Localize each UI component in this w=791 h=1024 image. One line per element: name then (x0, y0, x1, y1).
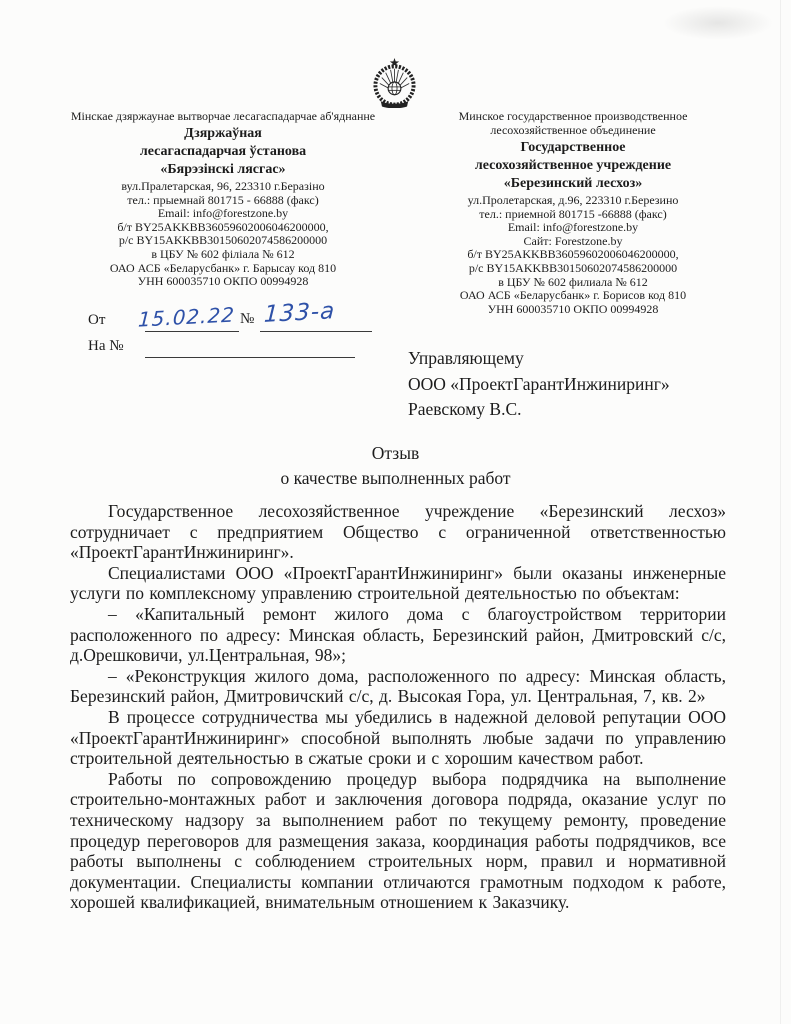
org-detail-line: Email: info@forestzone.by (64, 207, 382, 221)
scanned-letter-page: Мінскае дзяржаунае вытворчае лесагаспада… (0, 0, 791, 1024)
org-detail-line: тел.: прыемнай 801715 - 66888 (факс) (64, 194, 382, 208)
org-detail-line: УНН 600035710 ОКПО 00994928 (64, 275, 382, 289)
org-detail-line: в ЦБУ № 602 филиала № 612 (418, 276, 728, 290)
org-detail-line: р/с BY15AKKBB30150602074586200000 (64, 234, 382, 248)
body-paragraph: – «Реконструкция жилого дома, расположен… (70, 666, 726, 707)
org-detail-line: р/с BY15AKKBB30150602074586200000 (418, 262, 728, 276)
org-detail-line: Email: info@forestzone.by (418, 221, 728, 235)
scan-artifact (663, 6, 773, 40)
org-detail-line: ул.Пролетарская, д.96, 223310 г.Березино (418, 194, 728, 208)
org-name-line: «Бярэзінскі лясгас» (64, 161, 382, 179)
org-name: Дзяржаўная лесагаспадарчая ўстанова «Бяр… (64, 125, 382, 179)
letterhead-left: Мінскае дзяржаунае вытворчае лесагаспада… (64, 109, 382, 289)
ref-reply-label: На № (88, 338, 124, 355)
body-paragraph: Работы по сопровождению процедур выбора … (70, 769, 726, 913)
org-detail-line: ОАО АСБ «Беларусбанк» г. Барысау код 810 (64, 262, 382, 276)
org-details: вул.Пралетарская, 96, 223310 г.Беразіно … (64, 180, 382, 289)
org-detail-line: вул.Пралетарская, 96, 223310 г.Беразіно (64, 180, 382, 194)
document-subtitle: о качестве выполненных работ (0, 466, 791, 491)
org-name-line: Государственное (418, 139, 728, 157)
body-paragraph: В процессе сотрудничества мы убедились в… (70, 707, 726, 769)
org-name: Государственное лесохозяйственное учрежд… (418, 139, 728, 193)
addressee-line: ООО «ПроектГарантИнжиниринг» (408, 372, 670, 398)
document-title-block: Отзыв о качестве выполненных работ (0, 441, 791, 491)
body-paragraph: – «Капитальный ремонт жилого дома с благ… (70, 604, 726, 666)
addressee-line: Раевскому В.С. (408, 397, 670, 423)
body-paragraph: Специалистами ООО «ПроектГарантИнжинирин… (70, 563, 726, 604)
org-detail-line: УНН 600035710 ОКПО 00994928 (418, 303, 728, 317)
association-name: Минское государственное производственное… (418, 109, 728, 137)
ref-number-handwritten: 133-а (263, 298, 336, 328)
org-detail-line: Сайт: Forestzone.by (418, 235, 728, 249)
addressee-block: Управляющему ООО «ПроектГарантИнжиниринг… (408, 346, 670, 423)
reply-underline (145, 357, 355, 358)
association-name: Мінскае дзяржаунае вытворчае лесагаспада… (64, 109, 382, 123)
scan-edge-line (780, 0, 781, 1024)
org-details: ул.Пролетарская, д.96, 223310 г.Березино… (418, 194, 728, 316)
number-underline (260, 331, 372, 332)
date-underline (145, 331, 239, 332)
org-name-line: «Березинский лесхоз» (418, 175, 728, 193)
org-detail-line: ОАО АСБ «Беларусбанк» г. Борисов код 810 (418, 289, 728, 303)
state-emblem-icon (371, 57, 418, 108)
org-detail-line: тел.: приемной 801715 -66888 (факс) (418, 208, 728, 222)
org-name-line: лесагаспадарчая ўстанова (64, 143, 382, 161)
body-paragraph: Государственное лесохозяйственное учрежд… (70, 501, 726, 563)
org-name-line: Дзяржаўная (64, 125, 382, 143)
letter-body: Государственное лесохозяйственное учрежд… (70, 501, 726, 913)
org-name-line: лесохозяйственное учреждение (418, 157, 728, 175)
addressee-line: Управляющему (408, 346, 670, 372)
org-detail-line: б/т BY25AKKBB36059602006046200000, (64, 221, 382, 235)
document-title: Отзыв (0, 441, 791, 466)
letterhead-right: Минское государственное производственное… (418, 109, 728, 316)
ref-number-sign: № (240, 311, 254, 328)
ref-from-label: От (88, 312, 105, 329)
org-detail-line: в ЦБУ № 602 філіала № 612 (64, 248, 382, 262)
org-detail-line: б/т BY25AKKBB36059602006046200000, (418, 248, 728, 262)
ref-date-handwritten: 15.02.22 (137, 302, 235, 331)
reference-block: От 15.02.22 № 133-а На № (88, 304, 388, 366)
